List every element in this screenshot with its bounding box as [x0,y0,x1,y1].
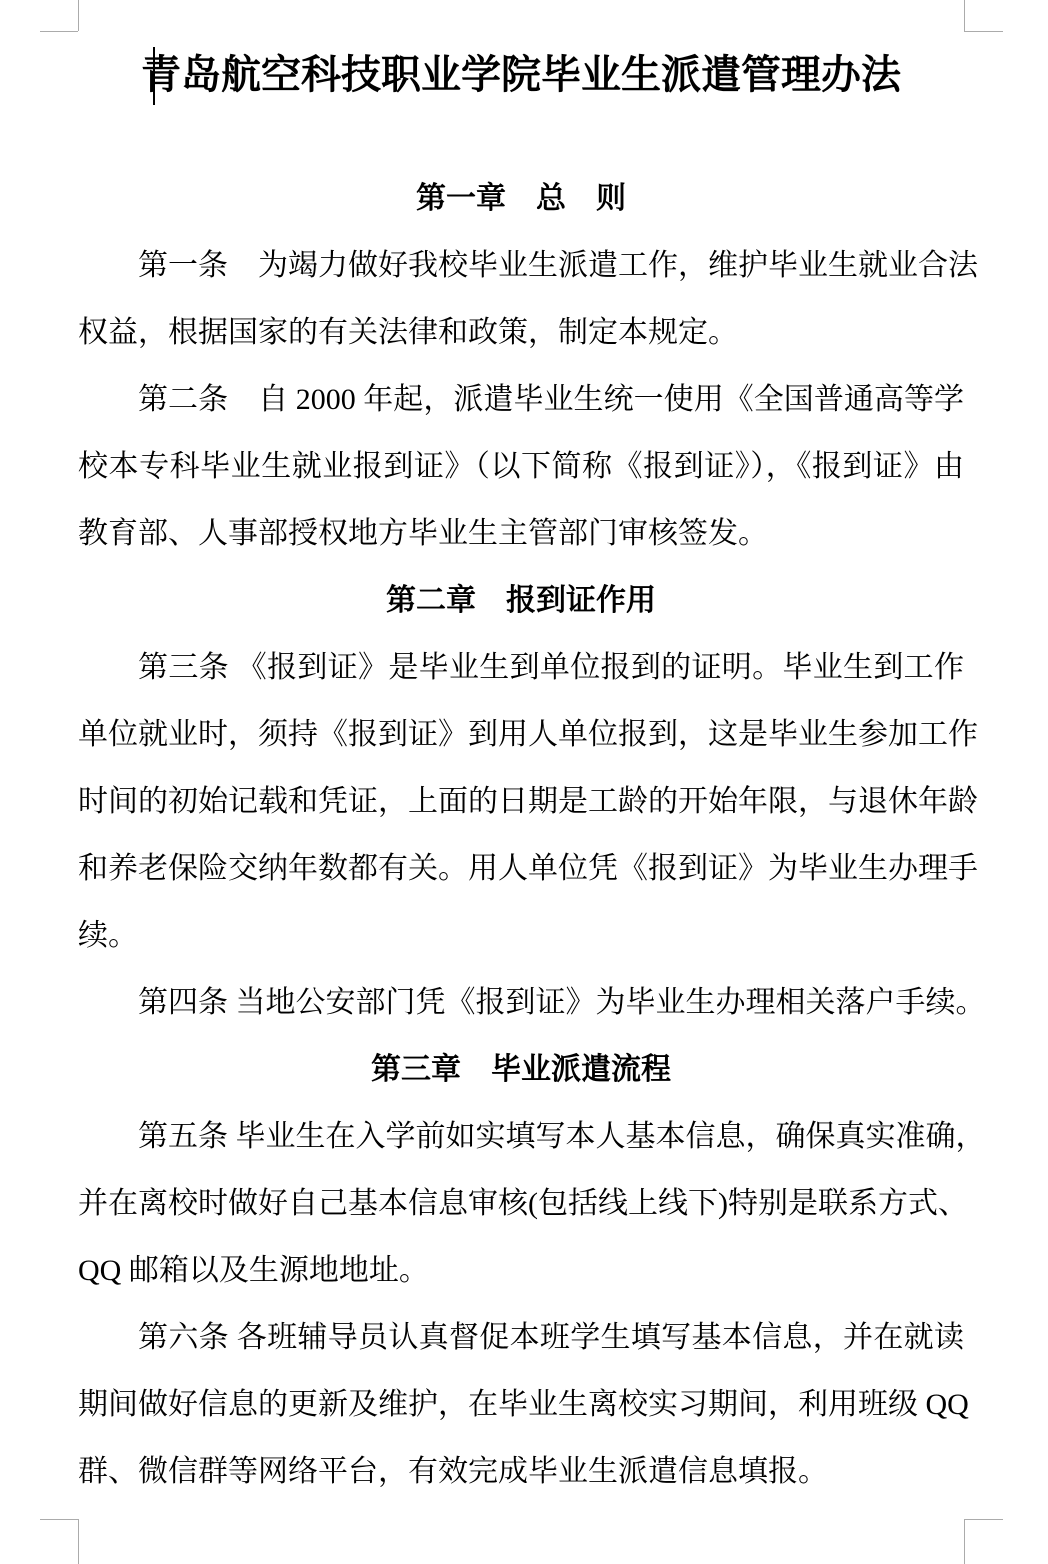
margin-mark-bottom-left-vertical [78,1519,79,1564]
article-3-line-1[interactable]: 第三条 《报到证》是毕业生到单位报到的证明。毕业生到工作 [78,634,964,701]
margin-mark-bottom-right-vertical [964,1519,965,1564]
article-3-line-4[interactable]: 和养老保险交纳年数都有关。用人单位凭《报到证》为毕业生办理手 [78,835,964,902]
article-1-line-1[interactable]: 第一条 为竭力做好我校毕业生派遣工作，维护毕业生就业合法 [78,232,964,299]
article-2-line-2[interactable]: 校本专科毕业生就业报到证》（以下简称《报到证》），《报到证》由 [78,433,964,500]
article-2-line-3[interactable]: 教育部、人事部授权地方毕业生主管部门审核签发。 [78,500,964,567]
article-5-line-3[interactable]: QQ 邮箱以及生源地地址。 [78,1237,964,1304]
article-6-line-3[interactable]: 群、微信群等网络平台，有效完成毕业生派遣信息填报。 [78,1438,964,1505]
article-5-line-1[interactable]: 第五条 毕业生在入学前如实填写本人基本信息，确保真实准确， [78,1103,964,1170]
document-canvas[interactable]: 青岛航空科技职业学院毕业生派遣管理办法 第一章 总 则 第一条 为竭力做好我校毕… [0,0,1048,1564]
article-6-line-2[interactable]: 期间做好信息的更新及维护，在毕业生离校实习期间，利用班级 QQ [78,1371,964,1438]
chapter-2-heading[interactable]: 第二章 报到证作用 [78,567,964,634]
margin-mark-bottom-left-horizontal [40,1519,78,1520]
margin-mark-top-right-vertical [964,0,965,31]
chapter-1-heading[interactable]: 第一章 总 则 [78,165,964,232]
article-2-line-1[interactable]: 第二条 自 2000 年起，派遣毕业生统一使用《全国普通高等学 [78,366,964,433]
article-1-line-2[interactable]: 权益，根据国家的有关法律和政策，制定本规定。 [78,299,964,366]
margin-mark-top-right-horizontal [964,31,1003,32]
document-title[interactable]: 青岛航空科技职业学院毕业生派遣管理办法 [78,38,964,112]
document-body: 第一章 总 则 第一条 为竭力做好我校毕业生派遣工作，维护毕业生就业合法 权益，… [78,165,964,1505]
article-5-line-2[interactable]: 并在离校时做好自己基本信息审核(包括线上线下)特别是联系方式、 [78,1170,964,1237]
margin-mark-top-left-horizontal [40,31,78,32]
margin-mark-bottom-right-horizontal [964,1519,1003,1520]
chapter-3-heading[interactable]: 第三章 毕业派遣流程 [78,1036,964,1103]
article-3-line-3[interactable]: 时间的初始记载和凭证，上面的日期是工龄的开始年限，与退休年龄 [78,768,964,835]
article-6-line-1[interactable]: 第六条 各班辅导员认真督促本班学生填写基本信息，并在就读 [78,1304,964,1371]
margin-mark-top-left-vertical [78,0,79,31]
article-4-line-1[interactable]: 第四条 当地公安部门凭《报到证》为毕业生办理相关落户手续。 [78,969,964,1036]
article-3-line-2[interactable]: 单位就业时，须持《报到证》到用人单位报到，这是毕业生参加工作 [78,701,964,768]
article-3-line-5[interactable]: 续。 [78,902,964,969]
